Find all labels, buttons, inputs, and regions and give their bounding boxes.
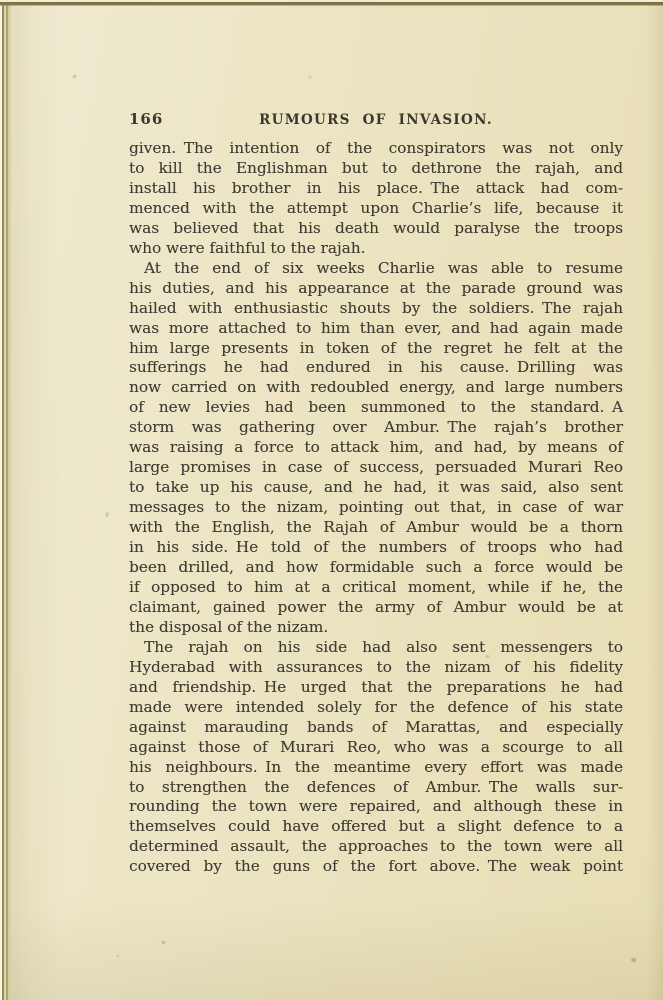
text-line: install his brother in his place. The at… [129, 179, 623, 199]
text-line: made were intended solely for the defenc… [129, 698, 623, 718]
running-title: RUMOURS OF INVASION. [129, 112, 623, 128]
paper-speck [106, 512, 108, 517]
text-line: to take up his cause, and he had, it was… [129, 478, 623, 498]
paper-speck [631, 958, 636, 962]
book-page-scan: 166 RUMOURS OF INVASION. given. The inte… [0, 0, 663, 1000]
paper-speck [309, 76, 311, 78]
text-line: was more attached to him than ever, and … [129, 319, 623, 339]
text-line: with the English, the Rajah of Ambur wou… [129, 518, 623, 538]
text-line: the disposal of the nizam. [129, 618, 623, 638]
text-line: messages to the nizam, pointing out that… [129, 498, 623, 518]
text-line: Hyderabad with assurances to the nizam o… [129, 658, 623, 678]
text-line: who were faithful to the rajah. [129, 239, 623, 259]
paper-speck [486, 655, 489, 658]
text-line: been drilled, and how formidable such a … [129, 558, 623, 578]
text-line: against those of Murari Reo, who was a s… [129, 738, 623, 758]
text-line: hailed with enthusiastic shouts by the s… [129, 299, 623, 319]
text-line: if opposed to him at a critical moment, … [129, 578, 623, 598]
text-line: to strengthen the defences of Ambur. The… [129, 778, 623, 798]
text-line: against marauding bands of Marattas, and… [129, 718, 623, 738]
text-line: large promises in case of success, persu… [129, 458, 623, 478]
text-line: given. The intention of the conspirators… [129, 139, 623, 159]
text-line: was believed that his death would paraly… [129, 219, 623, 239]
text-line: covered by the guns of the fort above. T… [129, 857, 623, 877]
text-line: menced with the attempt upon Charlie’s l… [129, 199, 623, 219]
text-line: and friendship. He urged that the prepar… [129, 678, 623, 698]
text-line: themselves could have offered but a slig… [129, 817, 623, 837]
text-line: to kill the Englishman but to dethrone t… [129, 159, 623, 179]
text-line: in his side. He told of the numbers of t… [129, 538, 623, 558]
text-line: At the end of six weeks Charlie was able… [129, 259, 623, 279]
paper-speck [73, 75, 76, 78]
text-line: claimant, gained power the army of Ambur… [129, 598, 623, 618]
text-line: sufferings he had endured in his cause. … [129, 358, 623, 378]
text-line: was raising a force to attack him, and h… [129, 438, 623, 458]
text-line: him large presents in token of the regre… [129, 339, 623, 359]
text-line: his duties, and his appearance at the pa… [129, 279, 623, 299]
text-line: his neighbours. In the meantime every ef… [129, 758, 623, 778]
paper-speck [162, 941, 165, 944]
text-line: determined assault, the approaches to th… [129, 837, 623, 857]
text-line: rounding the town were repaired, and alt… [129, 797, 623, 817]
page-text: given. The intention of the conspirators… [129, 139, 623, 877]
text-line: The rajah on his side had also sent mess… [129, 638, 623, 658]
text-line: of new levies had been summoned to the s… [129, 398, 623, 418]
text-line: storm was gathering over Ambur. The raja… [129, 418, 623, 438]
text-line: now carried on with redoubled energy, an… [129, 378, 623, 398]
paper-speck [117, 955, 119, 957]
